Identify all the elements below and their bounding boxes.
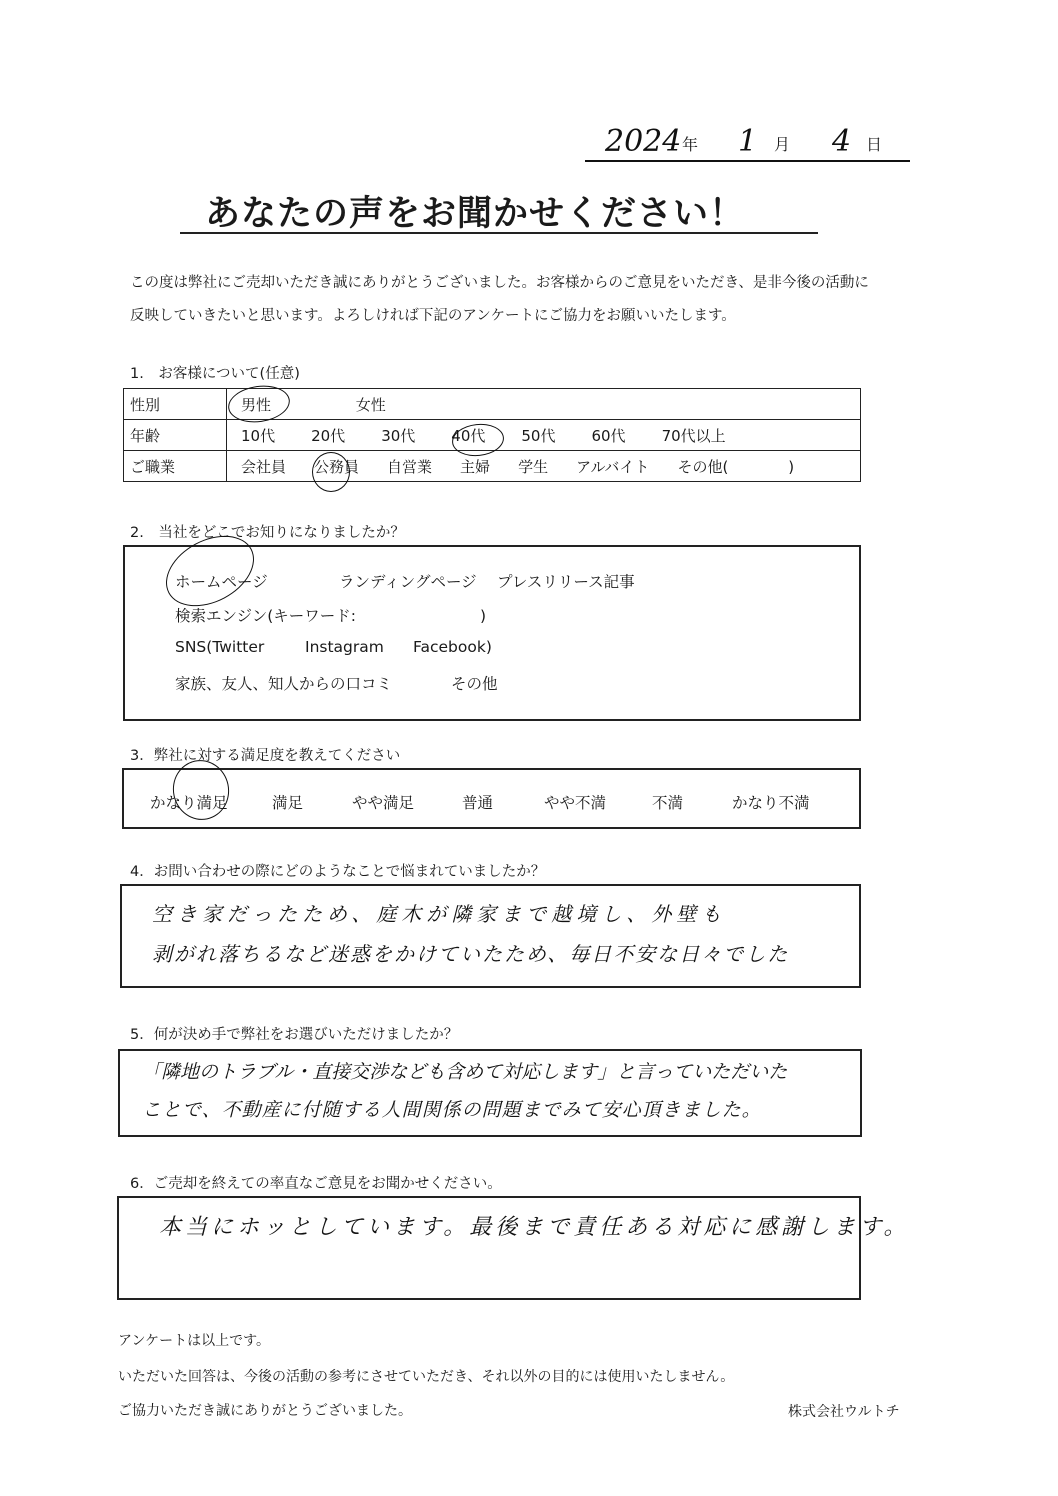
q4-answer-box: 空き家だったため、庭木が隣家まで越境し、外壁も 剥がれ落ちるなど迷惑をかけていた… [120,884,861,988]
q1-label: 1. お客様について(任意) [130,362,300,383]
option-somewhat-dissatisfied[interactable]: やや不満 [544,791,606,813]
date-year-unit: 年 [682,132,698,155]
page-title: あなたの声をお聞かせください！ [205,186,745,236]
q5-label: 5．何が決め手で弊社をお選びいただけましたか？ [130,1023,458,1044]
q4-label: 4．お問い合わせの際にどのようなことで悩まれていましたか？ [130,860,545,881]
option-press-release[interactable]: プレスリリース記事 [497,570,635,592]
option-other[interactable]: その他( ) [677,456,794,477]
title-underline [180,232,818,234]
option-somewhat-satisfied[interactable]: やや満足 [352,791,414,813]
q6-label: 6．ご売却を終えての率直なご意見をお聞かせください。 [130,1172,502,1193]
date-month-unit: 月 [774,132,790,155]
option-female[interactable]: 女性 [356,394,386,415]
option-company-employee[interactable]: 会社員 [241,456,286,477]
date-underline [585,160,910,162]
option-age-20s[interactable]: 20代 [311,425,345,446]
date-month: 1 [738,124,757,159]
q6-answer-line-1: 本当にホッとしています。最後まで責任ある対応に感謝します。 [159,1210,909,1241]
option-part-time[interactable]: アルバイト [576,456,649,477]
option-dissatisfied[interactable]: 不満 [652,791,683,813]
option-other-source[interactable]: その他 [451,672,498,694]
q5-answer-line-1: 「隣地のトラブル・直接交渉なども含めて対応します」と言っていただいた [142,1057,787,1084]
selection-circle-civil-servant [312,452,350,492]
option-sns-facebook[interactable]: Facebook) [413,638,492,656]
date-day: 4 [832,124,851,159]
footer-thanks: ご協力いただき誠にありがとうございました。 [118,1400,412,1420]
option-age-50s[interactable]: 50代 [521,425,555,446]
option-sns-twitter[interactable]: SNS(Twitter [175,638,264,656]
option-search-engine[interactable]: 検索エンジン(キーワード: ) [175,604,486,626]
option-neutral[interactable]: 普通 [462,791,493,813]
q4-answer-line-2: 剥がれ落ちるなど迷惑をかけていたため、毎日不安な日々でした [152,938,789,967]
age-header: 年齢 [124,420,227,451]
q5-answer-box: 「隣地のトラブル・直接交渉なども含めて対応します」と言っていただいた ことで、不… [118,1049,862,1137]
option-landing-page[interactable]: ランディングページ [339,570,477,592]
option-sns-instagram[interactable]: Instagram [305,638,384,656]
q3-label: 3．弊社に対する満足度を教えてください [130,744,400,765]
q5-answer-line-2: ことで、不動産に付随する人間関係の問題までみて安心頂きました。 [142,1095,762,1122]
option-age-60s[interactable]: 60代 [591,425,625,446]
q2-line-sns: SNS(Twitter Instagram Facebook) [175,638,575,656]
occupation-header: ご職業 [124,451,227,482]
option-age-30s[interactable]: 30代 [381,425,415,446]
option-homemaker[interactable]: 主婦 [460,456,490,477]
q6-answer-box: 本当にホッとしています。最後まで責任ある対応に感謝します。 [117,1196,861,1300]
footer-end-note: アンケートは以上です。 [118,1330,270,1350]
intro-line-2: 反映していきたいと思います。よろしければ下記のアンケートにご協力をお願いいたしま… [130,304,736,325]
option-age-10s[interactable]: 10代 [241,425,275,446]
option-self-employed[interactable]: 自営業 [387,456,432,477]
footer-privacy-note: いただいた回答は、今後の活動の参考にさせていただき、それ以外の目的には使用いたし… [118,1366,734,1386]
gender-header: 性別 [124,389,227,420]
q2-line-referral: 家族、友人、知人からの口コミ その他 [175,672,575,694]
option-very-dissatisfied[interactable]: かなり不満 [732,791,810,813]
date-year: 2024 [605,124,681,159]
option-student[interactable]: 学生 [518,456,548,477]
company-name: 株式会社ウルトチ [788,1401,900,1421]
date-day-unit: 日 [866,132,882,155]
q2-label: 2. 当社をどこでお知りになりましたか？ [130,521,405,542]
satisfaction-options-box: かなり満足 満足 やや満足 普通 やや不満 不満 かなり不満 [122,768,861,829]
option-age-70s-plus[interactable]: 70代以上 [662,425,726,446]
q4-answer-line-1: 空き家だったため、庭木が隣家まで越境し、外壁も [152,898,726,927]
option-word-of-mouth[interactable]: 家族、友人、知人からの口コミ [175,675,392,693]
intro-line-1: この度は弊社にご売却いただき誠にありがとうございました。お客様からのご意見をいた… [130,271,869,292]
table-row-occupation: ご職業 会社員公務員自営業主婦学生アルバイトその他( ) [124,451,861,482]
option-satisfied[interactable]: 満足 [272,791,303,813]
